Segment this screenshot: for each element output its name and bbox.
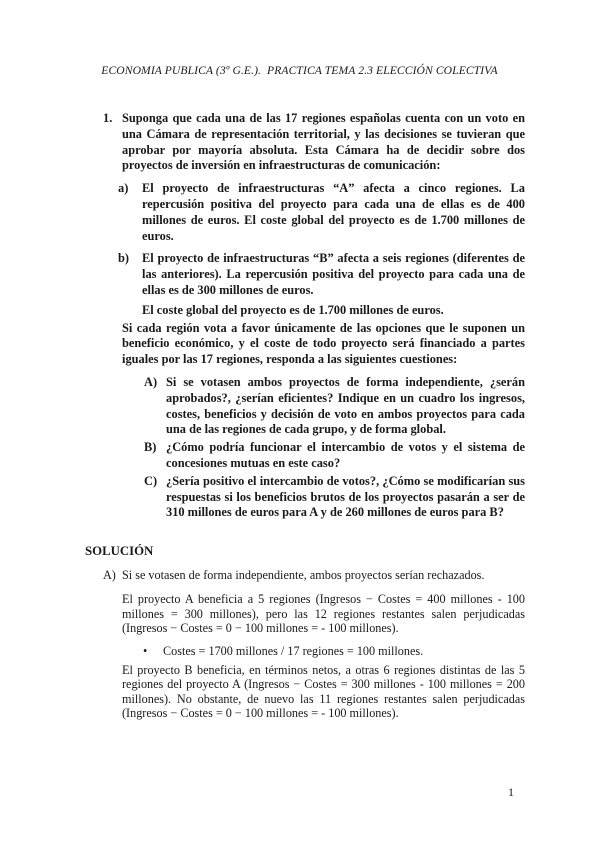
document-page: ECONOMIA PUBLICA (3º G.E.). PRACTICA TEM… <box>0 0 599 848</box>
item-b-marker: b) <box>118 251 142 318</box>
solution-part-a: A) Si se votasen de forma independiente,… <box>103 568 525 582</box>
solution-part-a-text: Si se votasen de forma independiente, am… <box>122 568 525 582</box>
part-b-marker: B) <box>144 440 166 472</box>
part-a-marker: A) <box>144 375 166 438</box>
question-intro-text: Suponga que cada una de las 17 regiones … <box>122 111 525 174</box>
question-intro: 1. Suponga que cada una de las 17 region… <box>103 111 525 174</box>
solution-paragraph-project-a: El proyecto A beneficia a 5 regiones (In… <box>122 592 525 635</box>
question-part-b: B) ¿Cómo podría funcionar el intercambio… <box>144 440 525 472</box>
solution-paragraph-project-b: El proyecto B beneficia, en términos net… <box>122 663 525 720</box>
question-part-a: A) Si se votasen ambos proyectos de form… <box>144 375 525 438</box>
solution-part-a-marker: A) <box>103 568 122 582</box>
part-c-marker: C) <box>144 474 166 521</box>
question-item-a: a) El proyecto de infraestructuras “A” a… <box>118 181 525 244</box>
solution-section: SOLUCIÓN A) Si se votasen de forma indep… <box>0 544 599 720</box>
question-instructions: Si cada región vota a favor únicamente d… <box>122 321 525 368</box>
page-number: 1 <box>508 785 514 800</box>
document-title: ECONOMIA PUBLICA (3º G.E.). PRACTICA TEM… <box>0 0 599 78</box>
bullet-icon: • <box>143 644 163 658</box>
item-b-paragraph-1: El proyecto de infraestructuras “B” afec… <box>142 251 525 298</box>
item-b-paragraph-2: El coste global del proyecto es de 1.700… <box>142 303 525 319</box>
solution-bullet-text: Costes = 1700 millones / 17 regiones = 1… <box>163 644 525 658</box>
item-a-text: El proyecto de infraestructuras “A” afec… <box>142 181 525 244</box>
question-number: 1. <box>103 111 122 174</box>
solution-bullet-item: • Costes = 1700 millones / 17 regiones =… <box>143 644 525 658</box>
item-b-text: El proyecto de infraestructuras “B” afec… <box>142 251 525 318</box>
question-part-c: C) ¿Sería positivo el intercambio de vot… <box>144 474 525 521</box>
question-item-b: b) El proyecto de infraestructuras “B” a… <box>118 251 525 318</box>
question-1: 1. Suponga que cada una de las 17 region… <box>0 111 599 521</box>
part-b-text: ¿Cómo podría funcionar el intercambio de… <box>166 440 525 472</box>
part-c-text: ¿Sería positivo el intercambio de votos?… <box>166 474 525 521</box>
part-a-text: Si se votasen ambos proyectos de forma i… <box>166 375 525 438</box>
question-instructions-text: Si cada región vota a favor únicamente d… <box>122 321 525 368</box>
item-a-marker: a) <box>118 181 142 244</box>
solution-heading: SOLUCIÓN <box>85 544 525 559</box>
